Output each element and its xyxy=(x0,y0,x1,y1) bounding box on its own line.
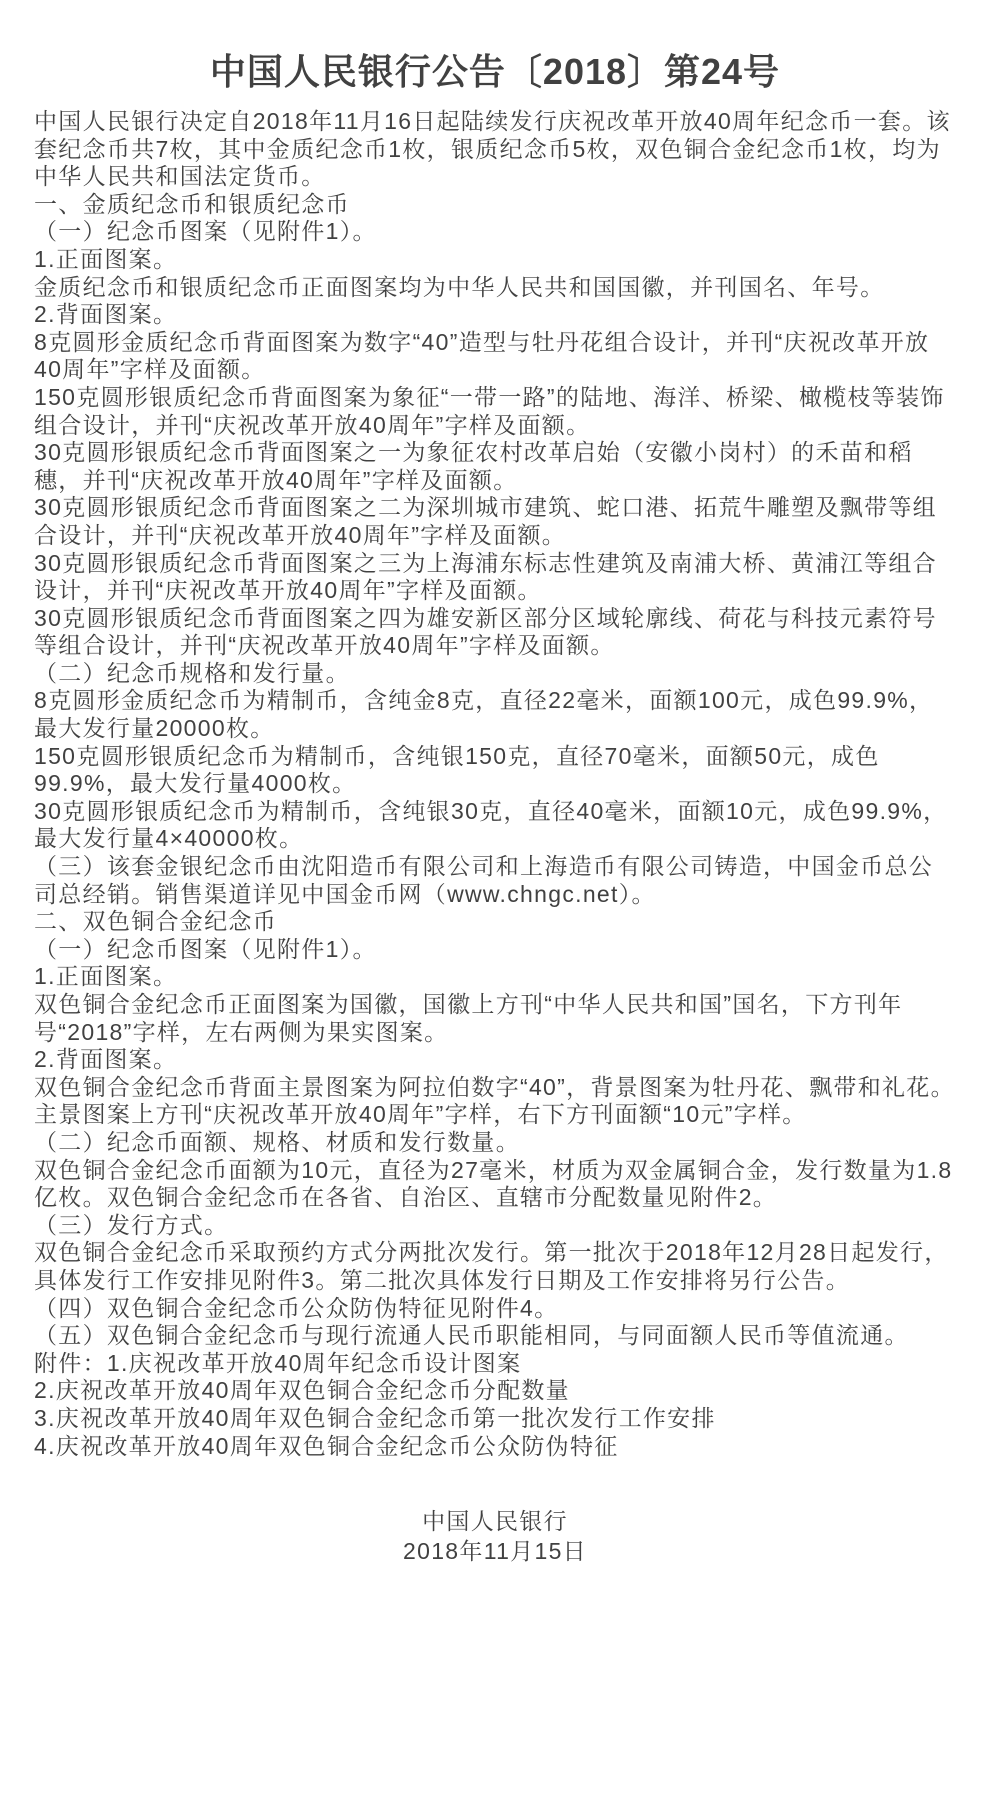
attachment-list-item: 2.庆祝改革开放40周年双色铜合金纪念币分配数量 xyxy=(34,1377,956,1405)
paragraph: （一）纪念币图案（见附件1）。 xyxy=(34,936,956,964)
paragraph: 30克圆形银质纪念币背面图案之二为深圳城市建筑、蛇口港、拓荒牛雕塑及飘带等组合设… xyxy=(34,494,956,549)
paragraph: 双色铜合金纪念币采取预约方式分两批次发行。第一批次于2018年12月28日起发行… xyxy=(34,1239,956,1294)
paragraph: 双色铜合金纪念币正面图案为国徽，国徽上方刊“中华人民共和国”国名，下方刊年号“2… xyxy=(34,991,956,1046)
paragraph: 1.正面图案。 xyxy=(34,963,956,991)
paragraph: 8克圆形金质纪念币背面图案为数字“40”造型与牡丹花组合设计，并刊“庆祝改革开放… xyxy=(34,329,956,384)
attachment-list-item: 3.庆祝改革开放40周年双色铜合金纪念币第一批次发行工作安排 xyxy=(34,1405,956,1433)
signature-issuer: 中国人民银行 xyxy=(34,1506,956,1536)
paragraph: 150克圆形银质纪念币为精制币，含纯银150克，直径70毫米，面额50元，成色9… xyxy=(34,743,956,798)
paragraph: 1.正面图案。 xyxy=(34,246,956,274)
paragraph: 30克圆形银质纪念币背面图案之三为上海浦东标志性建筑及南浦大桥、黄浦江等组合设计… xyxy=(34,550,956,605)
paragraph: 30克圆形银质纪念币为精制币，含纯银30克，直径40毫米，面额10元，成色99.… xyxy=(34,798,956,853)
paragraph: 2.背面图案。 xyxy=(34,301,956,329)
paragraph: 2.背面图案。 xyxy=(34,1046,956,1074)
attachment-list-item: 4.庆祝改革开放40周年双色铜合金纪念币公众防伪特征 xyxy=(34,1433,956,1461)
signature-block: 中国人民银行 2018年11月15日 xyxy=(34,1506,956,1566)
paragraph: （一）纪念币图案（见附件1）。 xyxy=(34,218,956,246)
paragraph: 30克圆形银质纪念币背面图案之四为雄安新区部分区域轮廓线、荷花与科技元素符号等组… xyxy=(34,605,956,660)
paragraph: （二）纪念币规格和发行量。 xyxy=(34,660,956,688)
section-heading-1: 一、金质纪念币和银质纪念币 xyxy=(34,191,956,219)
paragraph: （二）纪念币面额、规格、材质和发行数量。 xyxy=(34,1129,956,1157)
paragraph: （四）双色铜合金纪念币公众防伪特征见附件4。 xyxy=(34,1295,956,1323)
paragraph-intro: 中国人民银行决定自2018年11月16日起陆续发行庆祝改革开放40周年纪念币一套… xyxy=(34,108,956,191)
paragraph: 双色铜合金纪念币面额为10元，直径为27毫米，材质为双金属铜合金，发行数量为1.… xyxy=(34,1157,956,1212)
paragraph: 8克圆形金质纪念币为精制币，含纯金8克，直径22毫米，面额100元，成色99.9… xyxy=(34,687,956,742)
paragraph: （五）双色铜合金纪念币与现行流通人民币职能相同，与同面额人民币等值流通。 xyxy=(34,1322,956,1350)
signature-date: 2018年11月15日 xyxy=(34,1536,956,1566)
paragraph: 30克圆形银质纪念币背面图案之一为象征农村改革启始（安徽小岗村）的禾苗和稻穗，并… xyxy=(34,439,956,494)
attachment-list-item: 附件：1.庆祝改革开放40周年纪念币设计图案 xyxy=(34,1350,956,1378)
paragraph: 金质纪念币和银质纪念币正面图案均为中华人民共和国国徽，并刊国名、年号。 xyxy=(34,274,956,302)
paragraph: （三）发行方式。 xyxy=(34,1212,956,1240)
paragraph: 双色铜合金纪念币背面主景图案为阿拉伯数字“40”，背景图案为牡丹花、飘带和礼花。… xyxy=(34,1074,956,1129)
paragraph: 150克圆形银质纪念币背面图案为象征“一带一路”的陆地、海洋、桥梁、橄榄枝等装饰… xyxy=(34,384,956,439)
paragraph: （三）该套金银纪念币由沈阳造币有限公司和上海造币有限公司铸造，中国金币总公司总经… xyxy=(34,853,956,908)
section-heading-2: 二、双色铜合金纪念币 xyxy=(34,908,956,936)
announcement-document: 中国人民银行公告〔2018〕第24号 中国人民银行决定自2018年11月16日起… xyxy=(0,0,990,1566)
document-title: 中国人民银行公告〔2018〕第24号 xyxy=(34,0,956,108)
